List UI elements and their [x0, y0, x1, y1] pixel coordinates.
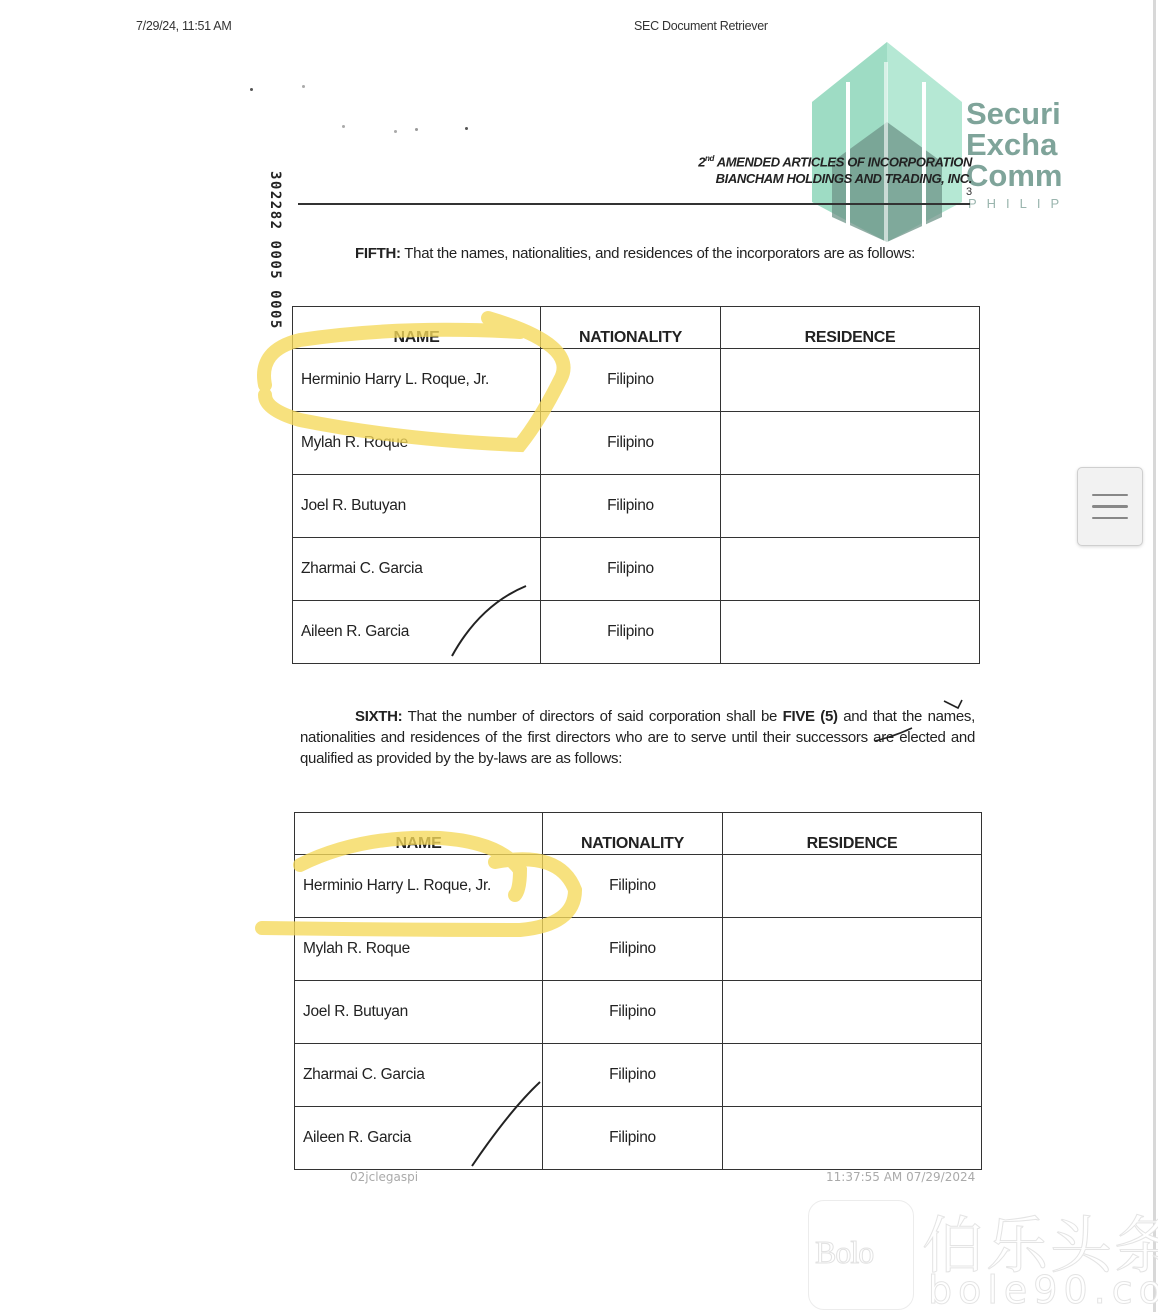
column-header-residence: RESIDENCE [721, 307, 980, 349]
incorporators-table: NAME NATIONALITY RESIDENCE Herminio Harr… [292, 306, 980, 664]
footer-timestamp: 11:37:55 AM 07/29/2024 [826, 1170, 975, 1184]
cell-name: Joel R. Butuyan [295, 981, 543, 1044]
sec-logo-text: Securi Excha Comm [966, 98, 1062, 191]
sec-logo-icon [812, 42, 962, 242]
cell-name: Mylah R. Roque [293, 412, 541, 475]
document-header: 2nd AMENDED ARTICLES OF INCORPORATION BI… [698, 150, 972, 187]
cell-nationality: Filipino [543, 1107, 723, 1170]
table-row: Herminio Harry L. Roque, Jr. Filipino [295, 855, 982, 918]
sec-logo-subtext: PHILIP [968, 196, 1069, 211]
table-header-row: NAME NATIONALITY RESIDENCE [293, 307, 980, 349]
cell-residence-redacted [723, 1044, 982, 1107]
table-row: Zharmai C. Garcia Filipino [295, 1044, 982, 1107]
scan-speck [342, 125, 345, 128]
footer-username: 02jclegaspi [350, 1170, 418, 1184]
barcode-id: 302282 0005 0005 [268, 130, 282, 370]
document-menu-button[interactable] [1077, 467, 1143, 546]
cell-nationality: Filipino [541, 538, 721, 601]
print-page-title: SEC Document Retriever [634, 19, 768, 33]
table-row: Mylah R. Roque Filipino [293, 412, 980, 475]
print-date-time: 7/29/24, 11:51 AM [136, 19, 231, 33]
cell-residence-redacted [721, 475, 980, 538]
menu-lines-icon [1092, 517, 1128, 520]
directors-table: NAME NATIONALITY RESIDENCE Herminio Harr… [294, 812, 982, 1170]
cell-nationality: Filipino [543, 981, 723, 1044]
sixth-paragraph: SIXTH: That the number of directors of s… [300, 706, 975, 769]
scrollbar-track[interactable] [1153, 0, 1156, 1312]
scan-speck [394, 130, 397, 133]
cell-residence-redacted [721, 601, 980, 664]
cell-nationality: Filipino [541, 349, 721, 412]
menu-lines-icon [1092, 505, 1128, 508]
scan-speck [302, 85, 305, 88]
column-header-nationality: NATIONALITY [543, 813, 723, 855]
cell-nationality: Filipino [541, 601, 721, 664]
cell-residence-redacted [723, 918, 982, 981]
watermark-url: bole90.com [928, 1268, 1158, 1312]
page-number: 3 [966, 186, 972, 198]
table-row: Aileen R. Garcia Filipino [295, 1107, 982, 1170]
table-row: Joel R. Butuyan Filipino [293, 475, 980, 538]
menu-lines-icon [1092, 494, 1128, 497]
table-row: Aileen R. Garcia Filipino [293, 601, 980, 664]
scan-speck [465, 127, 468, 130]
table-row: Joel R. Butuyan Filipino [295, 981, 982, 1044]
cell-nationality: Filipino [543, 855, 723, 918]
column-header-residence: RESIDENCE [723, 813, 982, 855]
table-header-row: NAME NATIONALITY RESIDENCE [295, 813, 982, 855]
cell-residence-redacted [721, 412, 980, 475]
cell-name: Herminio Harry L. Roque, Jr. [293, 349, 541, 412]
cell-residence-redacted [721, 349, 980, 412]
cell-name: Aileen R. Garcia [295, 1107, 543, 1170]
cell-name: Zharmai C. Garcia [293, 538, 541, 601]
cell-name: Zharmai C. Garcia [295, 1044, 543, 1107]
fifth-paragraph: FIFTH: That the names, nationalities, an… [300, 243, 975, 264]
watermark-logo-text: Bolo [815, 1234, 873, 1271]
cell-nationality: Filipino [541, 475, 721, 538]
cell-residence-redacted [723, 855, 982, 918]
table-row: Herminio Harry L. Roque, Jr. Filipino [293, 349, 980, 412]
cell-name: Herminio Harry L. Roque, Jr. [295, 855, 543, 918]
column-header-name: NAME [295, 813, 543, 855]
cell-residence-redacted [721, 538, 980, 601]
column-header-name: NAME [293, 307, 541, 349]
cell-nationality: Filipino [541, 412, 721, 475]
cell-name: Aileen R. Garcia [293, 601, 541, 664]
scan-speck [415, 128, 418, 131]
table-row: Zharmai C. Garcia Filipino [293, 538, 980, 601]
scan-speck [250, 88, 253, 91]
table-row: Mylah R. Roque Filipino [295, 918, 982, 981]
cell-nationality: Filipino [543, 918, 723, 981]
column-header-nationality: NATIONALITY [541, 307, 721, 349]
cell-name: Joel R. Butuyan [293, 475, 541, 538]
cell-name: Mylah R. Roque [295, 918, 543, 981]
cell-residence-redacted [723, 1107, 982, 1170]
cell-residence-redacted [723, 981, 982, 1044]
cell-nationality: Filipino [543, 1044, 723, 1107]
header-divider [298, 203, 970, 205]
